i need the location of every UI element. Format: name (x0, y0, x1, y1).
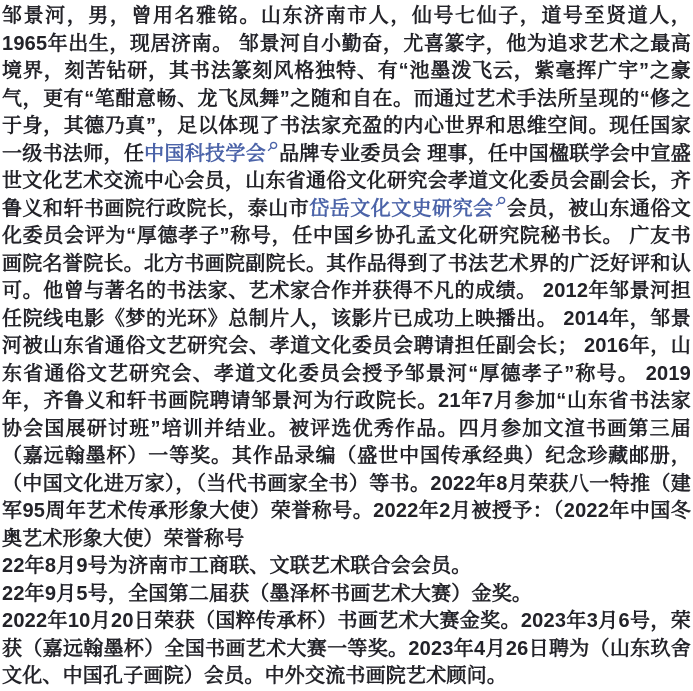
biography-paragraph-2: 22年8月9号为济南市工商联、文联艺术联合会会员。 (2, 553, 691, 581)
article-page: 邹景河，男，曾用名雅铭。山东济南市人，仙号七仙子，道号至贤道人，1965年出生，… (0, 0, 693, 691)
bio-text-segment-1: 邹景河，男，曾用名雅铭。山东济南市人，仙号七仙子，道号至贤道人，1965年出生，… (2, 5, 691, 165)
biography-article: 邹景河，男，曾用名雅铭。山东济南市人，仙号七仙子，道号至贤道人，1965年出生，… (0, 0, 693, 691)
magnifier-icon (267, 141, 278, 152)
link-china-science-society-label: 中国科技学会 (144, 143, 266, 165)
link-daiyue-culture-history-institute-label: 岱岳文化文史研究会 (309, 198, 493, 220)
biography-paragraph-1: 邹景河，男，曾用名雅铭。山东济南市人，仙号七仙子，道号至贤道人，1965年出生，… (2, 3, 691, 553)
biography-paragraph-4: 2022年10月20日荣获（国粹传承杯）书画艺术大赛金奖。2023年3月6号，荣… (2, 608, 691, 691)
magnifier-icon (495, 196, 506, 207)
biography-paragraph-3: 22年9月5号，全国第二届获（墨泽杯书画艺术大赛）金奖。 (2, 581, 691, 609)
bio-text-segment-3: 会员，被山东通俗文化委员会评为“厚德孝子”称号，任中国乡协孔孟文化研究院秘书长。… (2, 198, 691, 550)
link-daiyue-culture-history-institute[interactable]: 岱岳文化文史研究会 (309, 198, 506, 220)
link-china-science-society[interactable]: 中国科技学会 (144, 143, 279, 165)
